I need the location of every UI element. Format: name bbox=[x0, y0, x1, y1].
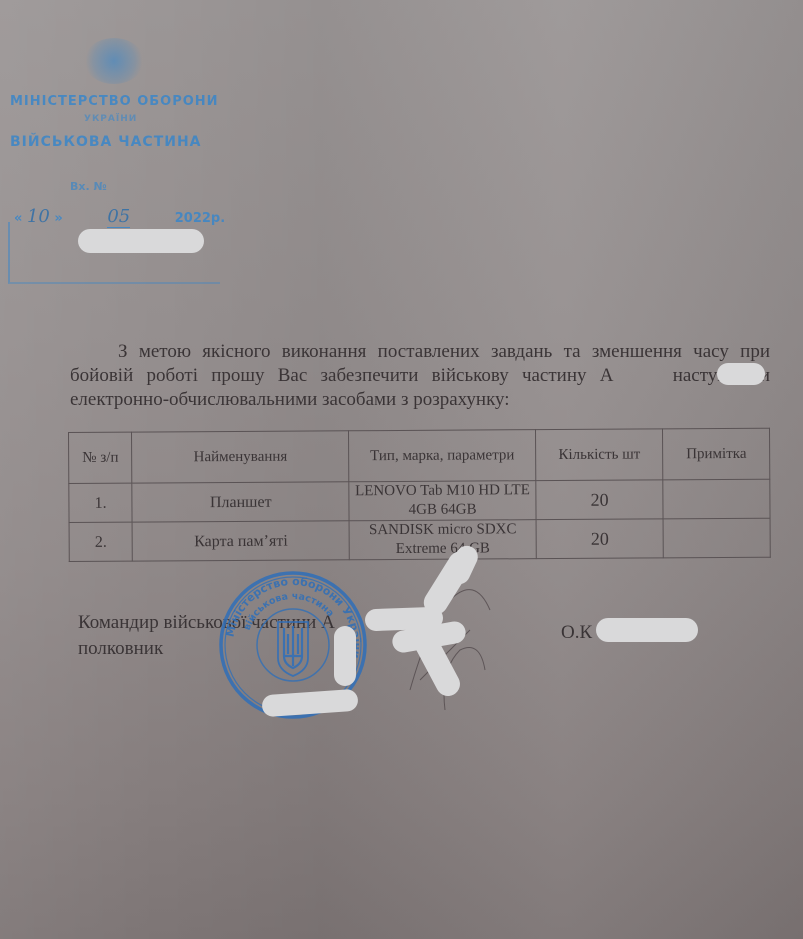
stamp-line-ministry: МІНІСТЕРСТВО ОБОРОНИ bbox=[10, 94, 219, 109]
row-name: Карта пам’яті bbox=[132, 521, 349, 561]
redaction-unit-number bbox=[717, 363, 765, 385]
request-paragraph: З метою якісного виконання поставлених з… bbox=[70, 340, 770, 412]
header-quantity: Кількість шт bbox=[536, 429, 664, 481]
table-header-row: № з/п Найменування Тип, марка, параметри… bbox=[69, 428, 770, 483]
row-name: Планшет bbox=[132, 482, 349, 522]
row-quantity: 20 bbox=[536, 519, 664, 559]
row-number: 1. bbox=[69, 483, 133, 522]
header-number: № з/п bbox=[69, 432, 133, 483]
table-row: 2. Карта пам’яті SANDISK micro SDXC Extr… bbox=[69, 518, 770, 561]
redaction-signatory-name bbox=[596, 618, 698, 642]
header-type: Тип, марка, параметри bbox=[349, 430, 536, 482]
row-type: SANDISK micro SDXC Extreme 64 GB bbox=[349, 520, 536, 560]
signatory-name: О.К bbox=[561, 622, 592, 644]
row-number: 2. bbox=[69, 522, 133, 561]
stamp-line-unit: ВІЙСЬКОВА ЧАСТИНА bbox=[10, 134, 202, 150]
header-name: Найменування bbox=[132, 431, 349, 483]
redaction-registration-number bbox=[78, 229, 204, 253]
row-type: LENOVO Tab M10 HD LTE 4GB 64GB bbox=[349, 481, 536, 521]
redaction-seal-mark bbox=[334, 626, 356, 686]
stamp-line-incoming: Вх. № bbox=[70, 180, 107, 193]
items-table: № з/п Найменування Тип, марка, параметри… bbox=[68, 428, 771, 562]
stamp-line-country: УКРАЇНИ bbox=[84, 114, 137, 124]
row-note bbox=[663, 479, 770, 519]
table-row: 1. Планшет LENOVO Tab M10 HD LTE 4GB 64G… bbox=[69, 479, 770, 522]
row-quantity: 20 bbox=[536, 480, 664, 520]
header-note: Примітка bbox=[663, 428, 770, 480]
stamp-emblem-icon bbox=[84, 38, 144, 84]
row-note bbox=[663, 518, 770, 558]
